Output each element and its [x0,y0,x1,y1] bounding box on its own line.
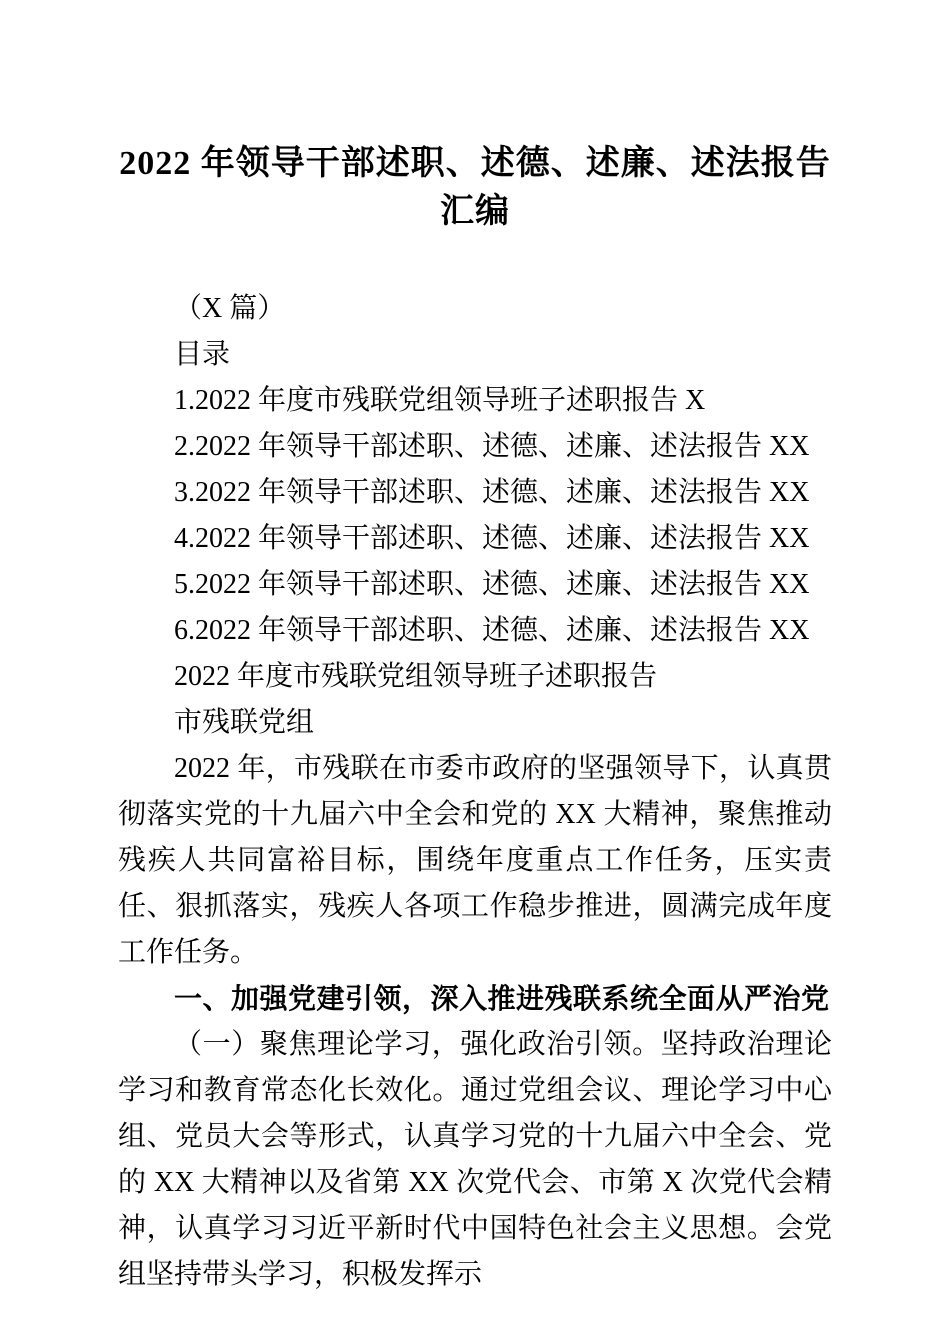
document-title: 2022 年领导干部述职、述德、述廉、述法报告汇编 [118,140,832,236]
toc-item-4: 4.2022 年领导干部述职、述德、述廉、述法报告 XX [118,516,832,562]
report-author: 市残联党组 [118,700,832,746]
toc-item-3: 3.2022 年领导干部述职、述德、述廉、述法报告 XX [118,470,832,516]
document-page: 2022 年领导干部述职、述德、述廉、述法报告汇编 （X 篇） 目录 1.202… [0,0,950,1344]
section-heading-1: 一、加强党建引领，深入推进残联系统全面从严治党 [118,976,832,1022]
theory-paragraph-body: 坚持政治理论学习和教育常态化长效化。通过党组会议、理论学习中心组、党员大会等形式… [118,1029,832,1290]
report-title: 2022 年度市残联党组领导班子述职报告 [118,654,832,700]
toc-item-1: 1.2022 年度市残联党组领导班子述职报告 X [118,378,832,424]
intro-paragraph: 2022 年，市残联在市委市政府的坚强领导下，认真贯彻落实党的十九届六中全会和党… [118,746,832,976]
toc-heading: 目录 [118,332,832,378]
toc-item-2: 2.2022 年领导干部述职、述德、述廉、述法报告 XX [118,424,832,470]
theory-paragraph-lead: （一）聚焦理论学习，强化政治引领。 [174,1029,661,1060]
pieces-count-label: （X 篇） [118,286,832,332]
toc-list: 1.2022 年度市残联党组领导班子述职报告 X 2.2022 年领导干部述职、… [118,378,832,654]
theory-paragraph: （一）聚焦理论学习，强化政治引领。坚持政治理论学习和教育常态化长效化。通过党组会… [118,1022,832,1298]
toc-item-6: 6.2022 年领导干部述职、述德、述廉、述法报告 XX [118,608,832,654]
toc-item-5: 5.2022 年领导干部述职、述德、述廉、述法报告 XX [118,562,832,608]
